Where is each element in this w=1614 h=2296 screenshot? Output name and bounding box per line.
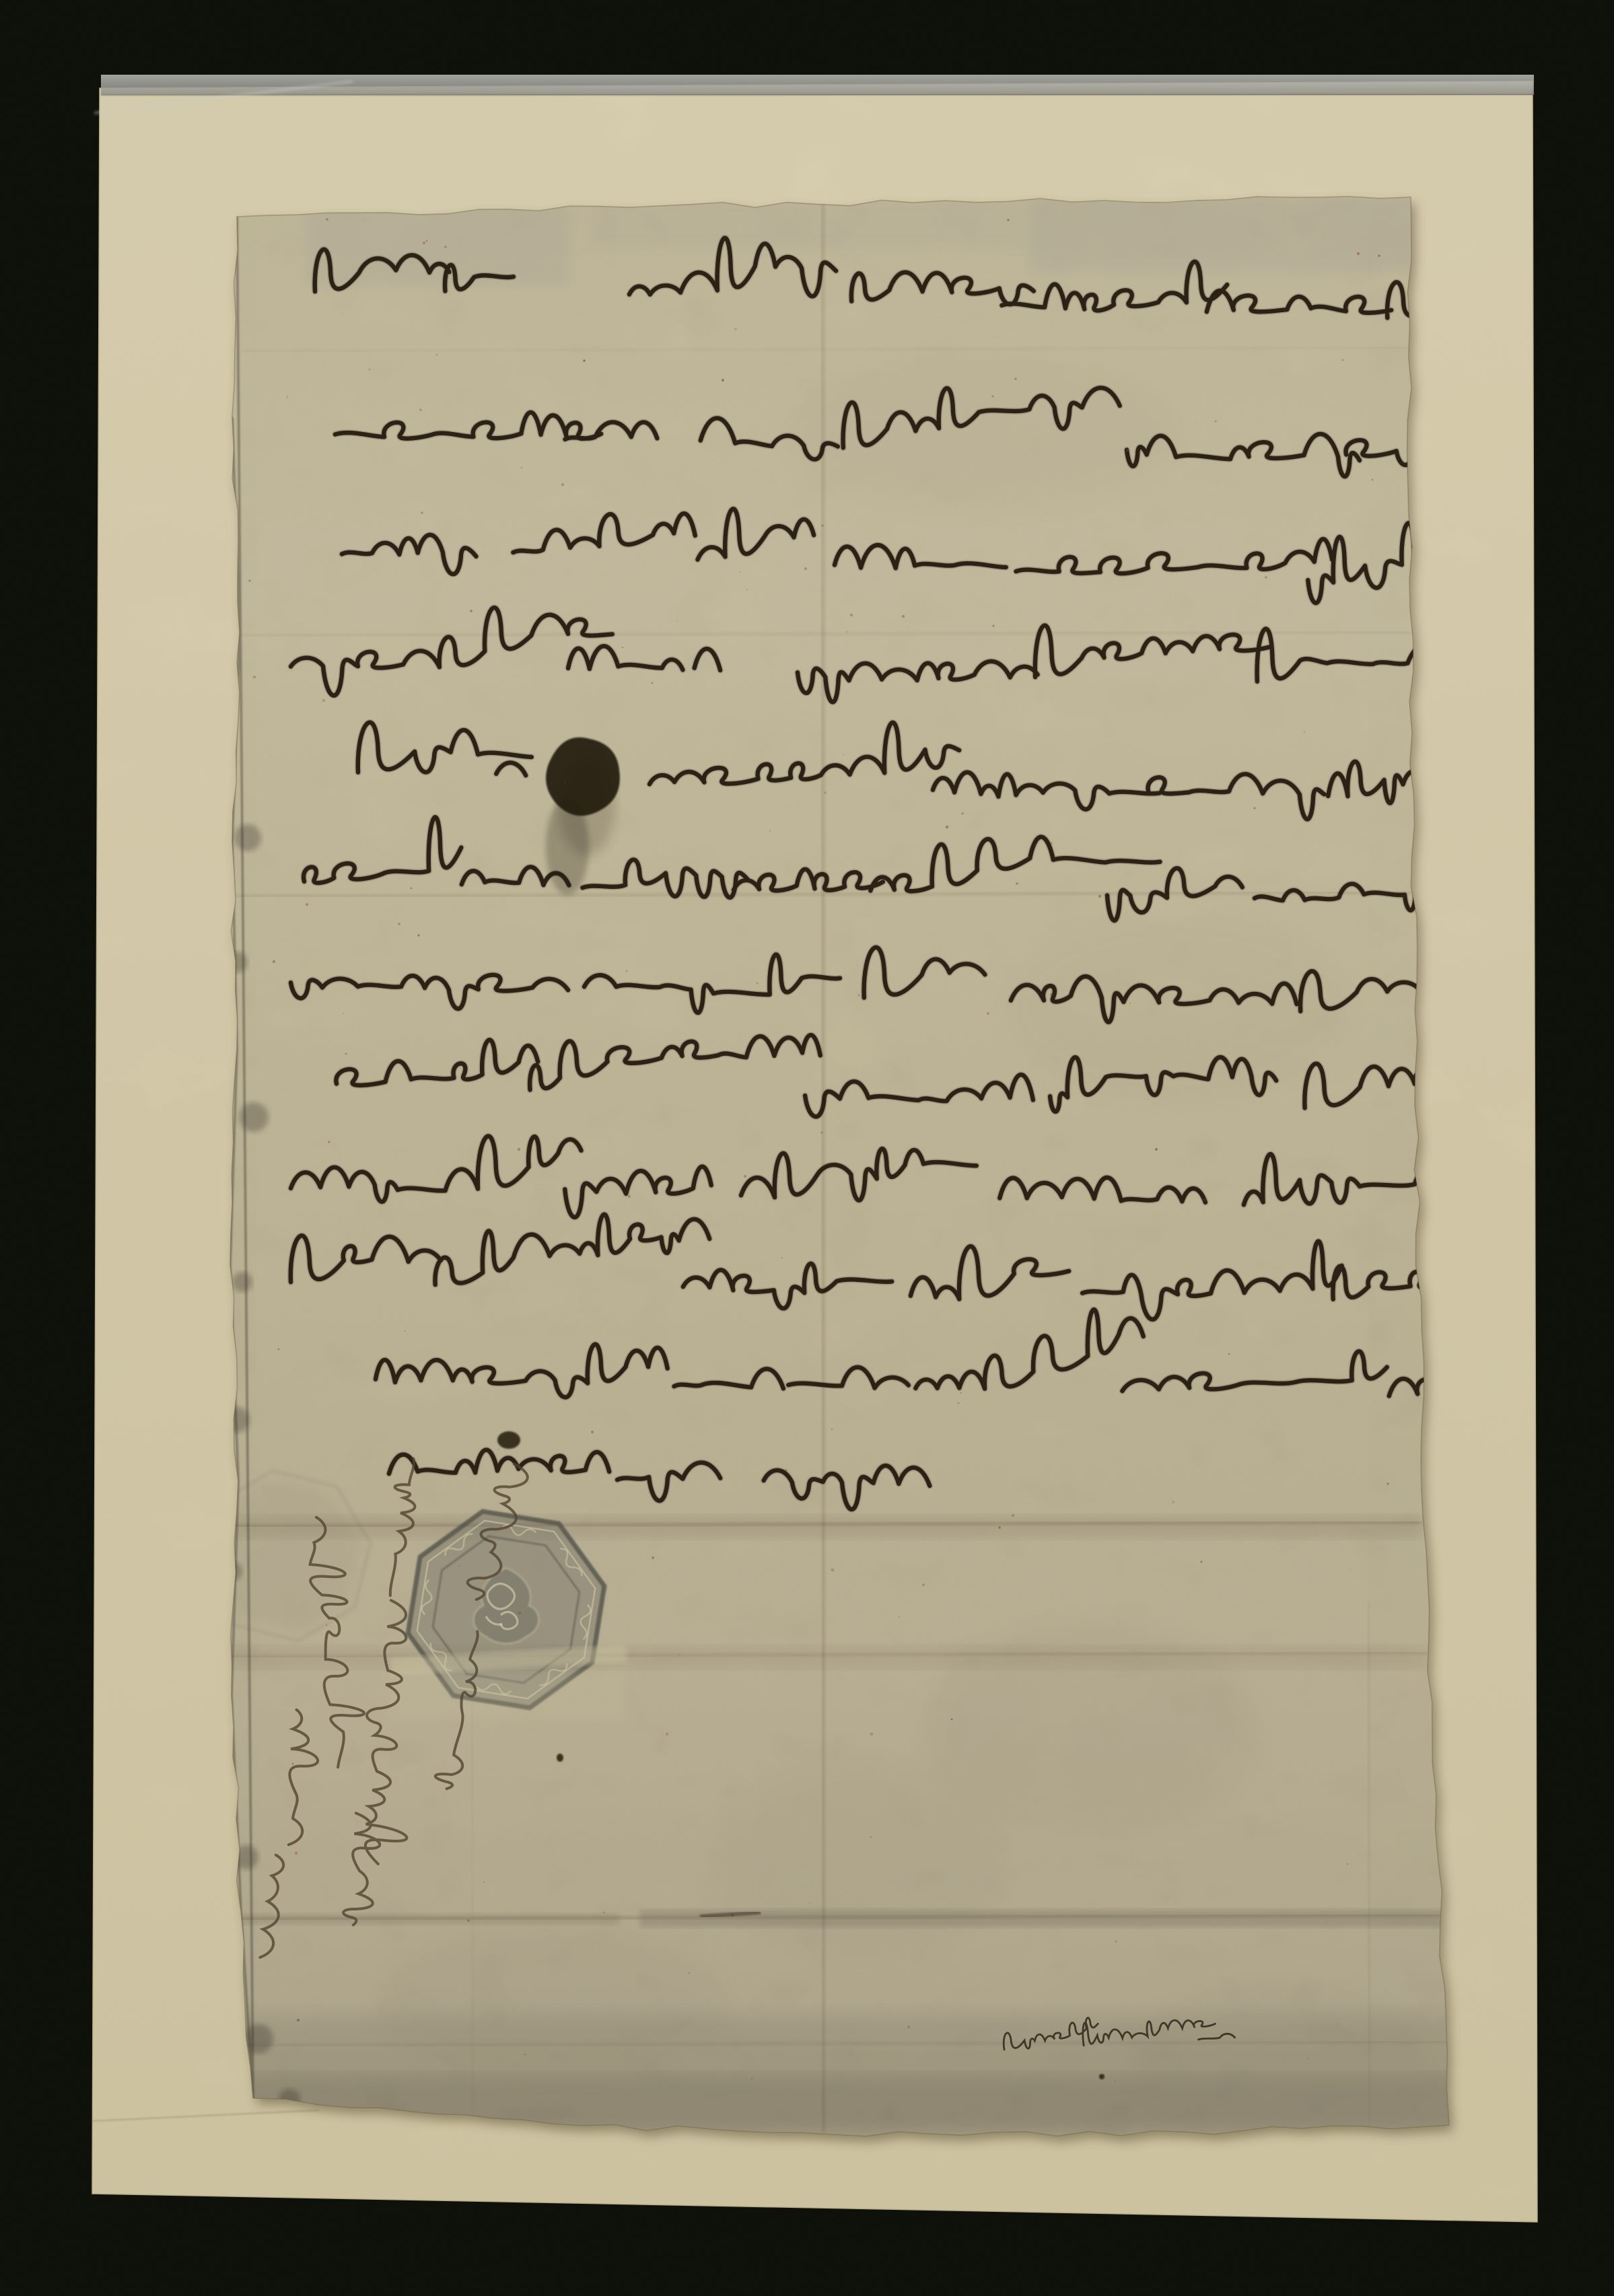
scanned-manuscript-image bbox=[0, 0, 1614, 2296]
paper-speck bbox=[436, 354, 438, 356]
paper-speck bbox=[295, 1852, 298, 1855]
paper-speck bbox=[343, 1013, 344, 1014]
paper-speck bbox=[603, 1912, 605, 1914]
paper-speck bbox=[625, 970, 628, 972]
paper-speck bbox=[405, 1330, 406, 1332]
paper-speck bbox=[524, 2054, 526, 2056]
paper-speck bbox=[426, 240, 428, 242]
paper-speck bbox=[1168, 1379, 1170, 1382]
paper-speck bbox=[676, 620, 678, 622]
paper-speck bbox=[689, 1972, 691, 1974]
paper-speck bbox=[1155, 1148, 1158, 1151]
paper-speck bbox=[277, 1348, 279, 1350]
paper-speck bbox=[1387, 1482, 1389, 1484]
paper-speck bbox=[804, 567, 807, 570]
paper-speck bbox=[821, 1132, 823, 1134]
paper-speck bbox=[1378, 254, 1380, 257]
paper-speck bbox=[1249, 773, 1251, 774]
paper-speck bbox=[326, 218, 328, 221]
paper-speck bbox=[1172, 1501, 1174, 1503]
paper-speck bbox=[1016, 882, 1018, 885]
paper-speck bbox=[297, 2019, 300, 2021]
paper-speck bbox=[1115, 1940, 1117, 1942]
paper-speck bbox=[1308, 2058, 1309, 2059]
paper-speck bbox=[1012, 1514, 1014, 1517]
paper-speck bbox=[1015, 378, 1017, 380]
paper-speck bbox=[731, 1914, 734, 1916]
scan-stage bbox=[0, 0, 1614, 2296]
paper-speck bbox=[1214, 420, 1216, 422]
paper-speck bbox=[739, 571, 740, 573]
crease-smudge bbox=[242, 1914, 619, 1925]
paper-speck bbox=[1126, 449, 1129, 452]
paper-speck bbox=[722, 379, 724, 382]
seal-lower-fade bbox=[388, 1672, 624, 1719]
paper-speck bbox=[824, 791, 826, 793]
paper-speck bbox=[1342, 359, 1344, 361]
paper-speck bbox=[998, 1526, 1001, 1529]
paper-speck bbox=[746, 589, 748, 590]
paper-speck bbox=[1347, 1863, 1348, 1865]
paper-speck bbox=[870, 1733, 874, 1736]
paper-speck bbox=[1098, 895, 1101, 898]
paper-speck bbox=[467, 1919, 470, 1922]
glue-sheen-patch bbox=[592, 199, 1023, 246]
paper-speck bbox=[622, 647, 623, 648]
paper-speck bbox=[328, 1141, 330, 1143]
paper-speck bbox=[961, 812, 964, 815]
paper-speck bbox=[345, 1053, 347, 1055]
paper-speck bbox=[518, 1612, 522, 1615]
paper-speck bbox=[458, 1565, 460, 1567]
paper-speck bbox=[421, 511, 423, 513]
edge-charcoal-smudge bbox=[232, 1272, 252, 1292]
paper-speck bbox=[734, 328, 737, 330]
paper-speck bbox=[253, 676, 256, 679]
paper-speck bbox=[565, 781, 567, 783]
paper-speck bbox=[1228, 1353, 1230, 1355]
paper-speck bbox=[652, 682, 654, 684]
paper-speck bbox=[858, 995, 859, 996]
paper-speck bbox=[411, 888, 413, 890]
paper-speck bbox=[960, 1392, 962, 1394]
paper-speck bbox=[678, 1654, 680, 1655]
paper-speck bbox=[423, 242, 425, 244]
paper-speck bbox=[398, 923, 400, 925]
edge-charcoal-smudge bbox=[234, 824, 261, 851]
paper-speck bbox=[518, 1148, 521, 1151]
paper-speck bbox=[273, 960, 275, 963]
paper-speck bbox=[1254, 808, 1256, 810]
paper-speck bbox=[306, 903, 308, 906]
paper-speck bbox=[292, 1763, 294, 1765]
ink-mark bbox=[557, 1754, 563, 1762]
paper-speck bbox=[1129, 1003, 1131, 1004]
paper-speck bbox=[831, 1429, 833, 1431]
paper-speck bbox=[809, 1903, 810, 1904]
edge-charcoal-smudge bbox=[239, 1102, 269, 1132]
paper-speck bbox=[368, 368, 370, 370]
paper-speck bbox=[666, 1733, 668, 1735]
paper-speck bbox=[991, 395, 993, 397]
paper-speck bbox=[628, 1195, 631, 1198]
paper-speck bbox=[847, 631, 848, 633]
paper-speck bbox=[946, 826, 949, 829]
water-stain bbox=[1131, 1985, 1427, 2133]
paper-speck bbox=[1304, 731, 1306, 733]
paper-speck bbox=[286, 396, 288, 398]
paper-surface-detail bbox=[200, 196, 1550, 2136]
paper-speck bbox=[900, 1473, 902, 1475]
paper-speck bbox=[1372, 479, 1374, 481]
paper-speck bbox=[1308, 1272, 1311, 1275]
paper-speck bbox=[591, 1431, 594, 1433]
paper-speck bbox=[902, 615, 905, 618]
paper-speck bbox=[1265, 576, 1267, 578]
ink-mark bbox=[1099, 2074, 1104, 2079]
ink-blot-body bbox=[546, 738, 620, 816]
paper-speck bbox=[326, 1624, 328, 1626]
paper-speck bbox=[1203, 1198, 1206, 1201]
paper-speck bbox=[843, 754, 844, 756]
paper-speck bbox=[987, 1012, 989, 1015]
paper-speck bbox=[248, 579, 251, 582]
paper-speck bbox=[992, 624, 994, 626]
paper-speck bbox=[831, 1569, 835, 1572]
paper-speck bbox=[418, 935, 420, 937]
paper-speck bbox=[821, 524, 824, 527]
paper-speck bbox=[899, 1616, 900, 1618]
paper-speck bbox=[907, 2025, 910, 2028]
paper-speck bbox=[322, 699, 326, 703]
paper-speck bbox=[785, 1469, 787, 1471]
water-stain bbox=[713, 1756, 1010, 1958]
paper-speck bbox=[550, 1364, 551, 1365]
paper-speck bbox=[1050, 842, 1053, 845]
paper-speck bbox=[744, 1175, 746, 1178]
paper-speck bbox=[1403, 895, 1405, 896]
paper-speck bbox=[1007, 219, 1010, 221]
glue-sheen-patch bbox=[1030, 196, 1417, 272]
paper-speck bbox=[419, 408, 422, 411]
paper-speck bbox=[757, 982, 759, 984]
paper-speck bbox=[1115, 2081, 1116, 2082]
paper-speck bbox=[444, 246, 446, 248]
paper-speck bbox=[850, 614, 853, 616]
paper-speck bbox=[1201, 1561, 1203, 1563]
paper-speck bbox=[652, 1556, 654, 1559]
paper-speck bbox=[561, 483, 565, 487]
paper-speck bbox=[870, 1836, 872, 1838]
paper-speck bbox=[922, 1583, 925, 1586]
paper-speck bbox=[769, 830, 771, 832]
paper-speck bbox=[751, 2078, 752, 2079]
paper-speck bbox=[781, 1257, 783, 1258]
paper-speck bbox=[951, 1719, 953, 1721]
paper-speck bbox=[958, 1402, 960, 1404]
water-stain bbox=[377, 1925, 727, 2086]
paper-speck bbox=[483, 1881, 485, 1883]
paper-speck bbox=[470, 610, 472, 612]
paper-speck bbox=[1357, 252, 1360, 255]
paper-speck bbox=[1050, 993, 1053, 996]
paper-speck bbox=[583, 359, 585, 361]
ink-mark bbox=[497, 1431, 520, 1449]
paper-speck bbox=[812, 1885, 813, 1886]
paper-speck bbox=[521, 467, 523, 469]
crease-smudge bbox=[639, 1910, 1447, 1927]
paper-speck bbox=[498, 1449, 499, 1450]
